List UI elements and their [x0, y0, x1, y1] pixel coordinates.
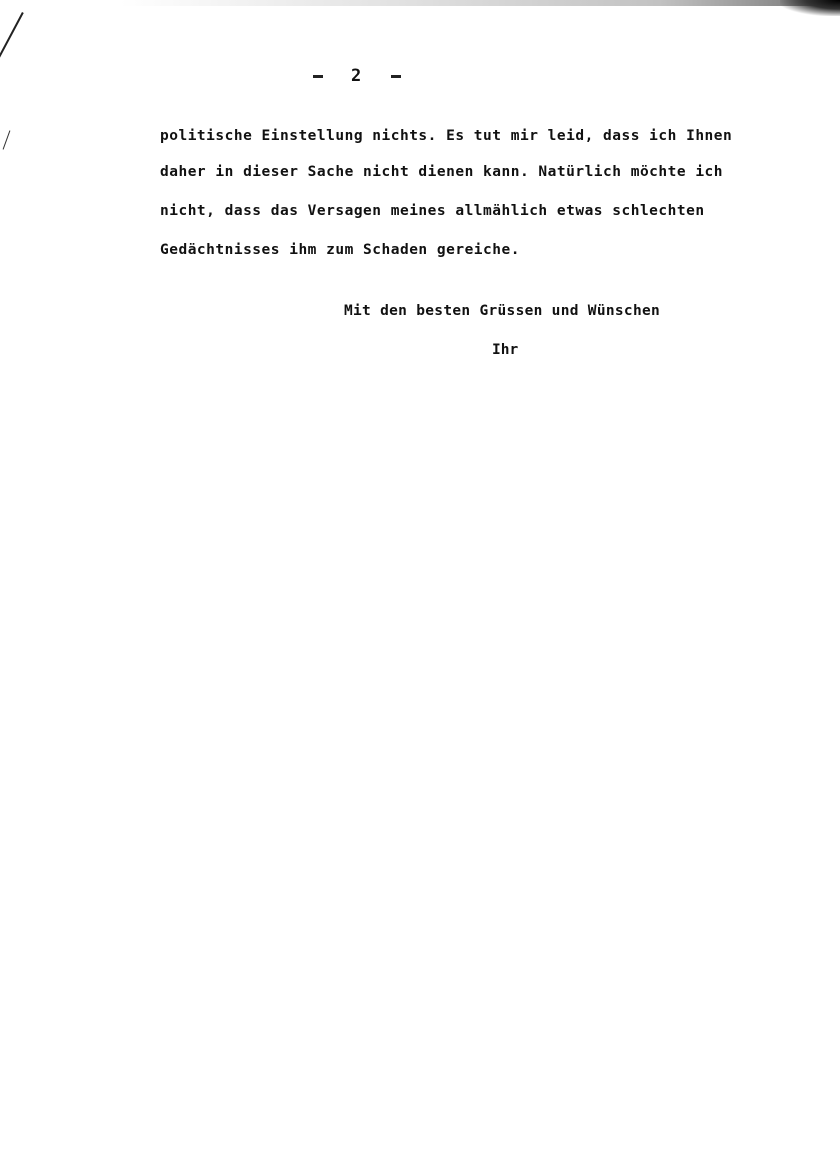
body-line: nicht, dass das Versagen meines allmähli… — [160, 203, 705, 219]
closing-salutation: Mit den besten Grüssen und Wünschen — [344, 303, 660, 319]
margin-tick — [3, 130, 11, 149]
body-line: politische Einstellung nichts. Es tut mi… — [160, 128, 732, 144]
page-number-text: 2 — [351, 66, 363, 86]
body-line: daher in dieser Sache nicht dienen kann.… — [160, 164, 723, 180]
signature: Ihr — [492, 342, 518, 358]
scan-top-edge — [120, 0, 840, 6]
scan-corner-shadow — [780, 0, 840, 16]
page-number: 2 — [285, 66, 429, 86]
dash-left — [313, 75, 323, 78]
dash-right — [391, 75, 401, 78]
pen-mark — [0, 12, 24, 101]
body-line: Gedächtnisses ihm zum Schaden gereiche. — [160, 242, 520, 258]
